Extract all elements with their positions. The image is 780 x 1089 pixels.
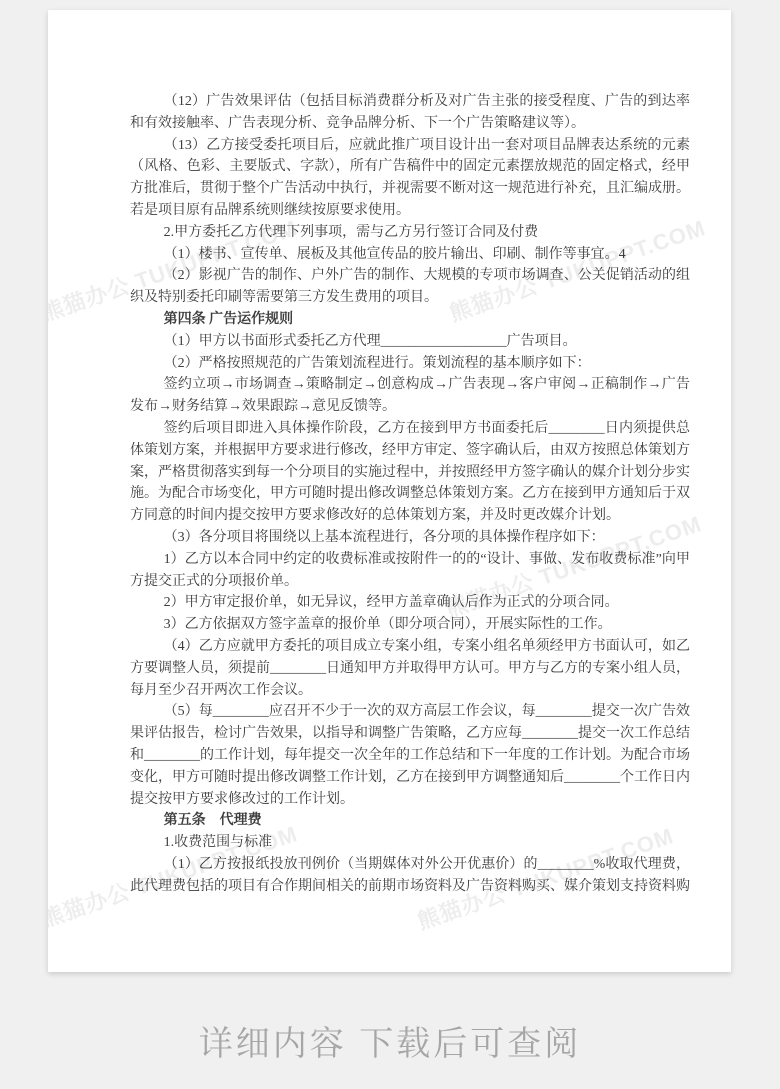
contract-paragraph: （1）乙方按报纸投放刊例价（当期媒体对外公开优惠价）的________%收取代理… bbox=[130, 854, 690, 898]
contract-paragraph: 2.甲方委托乙方代理下列事项，需与乙方另行签订合同及付费 bbox=[130, 222, 690, 244]
contract-paragraph: （3）各分项目将围绕以上基本流程进行，各分项的具体操作程序如下： bbox=[130, 527, 690, 549]
download-hint: 详细内容 下载后可查阅 bbox=[0, 1016, 780, 1065]
section-heading-article-5: 第五条 代理费 bbox=[130, 810, 690, 832]
contract-paragraph: 3）乙方依据双方签字盖章的报价单（即分项合同），开展实际性的工作。 bbox=[130, 614, 690, 636]
contract-paragraph: 签约立项→市场调查→策略制定→创意构成→广告表现→客户审阅→正稿制作→广告发布→… bbox=[130, 374, 690, 418]
contract-paragraph: （12）广告效果评估（包括目标消费群分析及对广告主张的接受程度、广告的到达率和有… bbox=[130, 91, 690, 135]
section-heading-article-4: 第四条 广告运作规则 bbox=[130, 309, 690, 331]
contract-paragraph: （1）楼书、宣传单、展板及其他宣传品的胶片输出、印刷、制作等事宜。4 bbox=[130, 244, 690, 266]
contract-paragraph: 1）乙方以本合同中约定的收费标准或按附件一的的“设计、事做、发布收费标准”向甲方… bbox=[130, 549, 690, 593]
document-page: 熊猫办公 TUKUPPT.COM 熊猫办公 TUKUPPT.COM 熊猫办公 T… bbox=[48, 10, 731, 972]
contract-paragraph: 签约后项目即进入具体操作阶段，乙方在接到甲方书面委托后________日内须提供… bbox=[130, 418, 690, 527]
contract-paragraph: （2）影视广告的制作、户外广告的制作、大规模的专项市场调查、公关促销活动的组织及… bbox=[130, 265, 690, 309]
contract-paragraph: （4）乙方应就甲方委托的项目成立专案小组，专案小组名单须经甲方书面认可，如乙方要… bbox=[130, 636, 690, 701]
contract-paragraph: （2）严格按照规范的广告策划流程进行。策划流程的基本顺序如下： bbox=[130, 353, 690, 375]
contract-paragraph: （1）甲方以书面形式委托乙方代理__________________广告项目。 bbox=[130, 331, 690, 353]
contract-paragraph: 1.收费范围与标准 bbox=[130, 832, 690, 854]
contract-paragraph: （13）乙方接受委托项目后，应就此推广项目设计出一套对项目品牌表达系统的元素（风… bbox=[130, 135, 690, 222]
contract-paragraph: （5）每________应召开不少于一次的双方高层工作会议，每________提… bbox=[130, 701, 690, 810]
document-body: （12）广告效果评估（包括目标消费群分析及对广告主张的接受程度、广告的到达率和有… bbox=[130, 91, 690, 897]
contract-paragraph: 2）甲方审定报价单，如无异议，经甲方盖章确认后作为正式的分项合同。 bbox=[130, 592, 690, 614]
page-background: { "page": { "background_color": "#f0f0f1… bbox=[0, 0, 780, 1089]
